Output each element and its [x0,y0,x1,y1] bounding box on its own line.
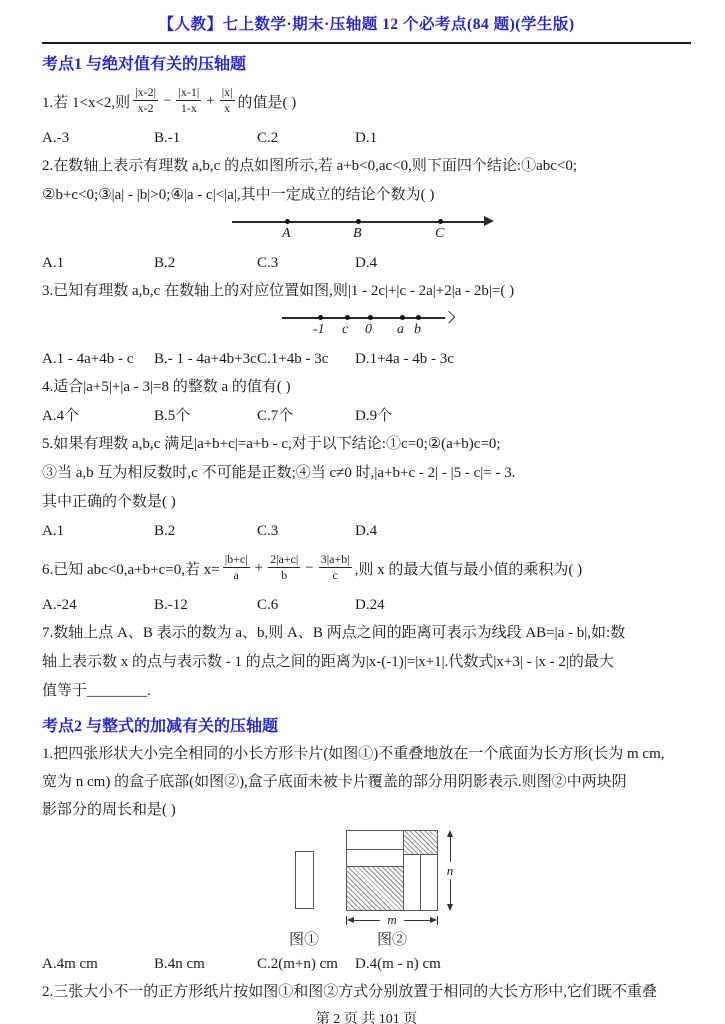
q1-option-a: A.-3 [42,124,154,152]
q2-option-d: D.4 [355,249,691,277]
q1-f2-numerator: |x-1| [176,85,201,100]
q4-option-a: A.4个 [42,402,154,430]
card-horizontal-1 [347,831,403,850]
q5-option-a: A.1 [42,517,154,545]
q2-statement-line1: 2.在数轴上表示有理数 a,b,c 的点如图所示,若 a+b<0,ac<0,则下… [42,152,691,181]
q4-statement: 4.适合|a+5|+|a - 3|=8 的整数 a 的值有( ) [42,373,691,402]
q6-f3-numerator: 3|a+b| [319,552,352,567]
q3-option-c: C.1+4b - 3c [257,345,355,373]
q6-fraction-1: |b+c|a [223,552,250,582]
page-number-footer: 第 2 页 共 101 页 [42,1009,691,1024]
q4-option-d: D.9个 [355,402,691,430]
q5-options: A.1 B.2 C.3 D.4 [42,517,691,545]
k2q2-statement-line1: 2.三张大小不一的正方形纸片按如图①和图②方式分别放置于相同的大长方形中,它们既… [42,978,691,1007]
dimension-m-arrow: m [346,914,438,926]
q3-axis-arrow-icon [443,311,456,324]
arrow-down-icon [447,904,453,911]
q6-options: A.-24 B.-12 C.6 D.24 [42,591,691,619]
q1-post-text: 的值是( ) [238,91,297,112]
q6-option-c: C.6 [257,591,355,619]
q5-statement-line3: 其中正确的个数是( ) [42,488,691,517]
q3-numberline-figure: -1 c 0 a b [282,308,454,345]
q3-label-a: a [397,321,404,339]
q6-f2-denominator: b [279,568,289,582]
q1-operator-2: + [206,93,214,110]
arrow-line-bottom [450,879,451,904]
q6-f2-numerator: 2|a+c| [268,552,300,567]
q1-statement: 1.若 1<x<2,则 |x-2|x-2 − |x-1|1-x + |x|x 的… [42,78,691,124]
q1-option-d: D.1 [355,124,691,152]
worksheet-page: 【人教】七上数学·期末·压轴题 12 个必考点(84 题)(学生版) 考点1 与… [0,0,725,1024]
q3-option-b: B.- 1 - 4a+4b+3c [154,345,257,373]
k2q1-option-c: C.2(m+n) cm [257,950,355,978]
q3-dot-neg1 [318,315,323,320]
q3-statement: 3.已知有理数 a,b,c 在数轴上的对应位置如图,则|1 - 2c|+|c -… [42,277,691,306]
q4-option-c: C.7个 [257,402,355,430]
k2q1-statement-line2: 宽为 n cm) 的盒子底部(如图②),盒子底面未被卡片覆盖的部分用阴影表示.则… [42,768,691,796]
q3-option-d: D.1+4a - 4b - 3c [355,345,691,373]
card-vertical-1 [404,855,421,910]
q3-label-c: c [342,321,348,339]
q7-statement-line3: 值等于________. [42,677,691,706]
box-bottom-figure2 [346,830,438,911]
q2-options: A.1 B.2 C.3 D.4 [42,249,691,277]
q2-point-c-dot [438,219,443,224]
q3-dot-c [345,315,350,320]
shaded-region-left [347,867,403,910]
q1-f2-denominator: 1-x [179,101,199,115]
q3-label-0: 0 [365,321,372,339]
figure1-column: 图① [289,851,319,950]
arrow-line-left [354,920,380,921]
q3-options: A.1 - 4a+4b - c B.- 1 - 4a+4b+3c C.1+4b … [42,345,691,373]
q1-f1-numerator: |x-2| [133,85,158,100]
section1-title: 考点1 与绝对值有关的压轴题 [42,52,691,78]
section2-title: 考点2 与整式的加减有关的压轴题 [42,714,691,740]
q6-pre-text: 6.已知 abc<0,a+b+c=0,若 x= [42,558,220,579]
card-horizontal-2 [347,850,403,867]
q6-option-d: D.24 [355,591,691,619]
k2q1-option-a: A.4m cm [42,950,154,978]
q5-option-b: B.2 [154,517,257,545]
header-divider [42,42,691,44]
q1-f1-denominator: x-2 [136,101,156,115]
q5-option-c: C.3 [257,517,355,545]
figure2-column: n m 图② [346,830,438,950]
q6-statement: 6.已知 abc<0,a+b+c=0,若 x= |b+c|a + 2|a+c|b… [42,545,691,591]
q3-label-neg1: -1 [313,321,325,339]
figure2-label: 图② [377,930,407,950]
k2q1-figure: 图① [289,830,691,950]
k2q1-statement-line1: 1.把四张形状大小完全相同的小长方形卡片(如图①)不重叠地放在一个底面为长方形(… [42,740,691,768]
figure2-right-region [404,831,437,910]
arrow-up-icon [447,830,453,837]
document-title: 【人教】七上数学·期末·压轴题 12 个必考点(84 题)(学生版) [42,14,691,36]
q5-statement-line1: 5.如果有理数 a,b,c 满足|a+b+c|=a+b - c,对于以下结论:①… [42,430,691,459]
q1-fraction-1: |x-2|x-2 [133,85,158,115]
figure2-left-region [347,831,404,910]
shaded-region-top-right [404,831,437,855]
q6-fraction-2: 2|a+c|b [268,552,300,582]
q1-fraction-3: |x|x [220,85,235,115]
k2q1-option-d: D.4(m - n) cm [355,950,691,978]
q2-option-c: C.3 [257,249,355,277]
arrow-line-top [450,837,451,862]
q6-f1-numerator: |b+c| [223,552,250,567]
q3-dot-0 [368,315,373,320]
q3-dot-b [416,315,421,320]
dimension-n-label: n [447,862,454,879]
q6-post-text: ,则 x 的最大值与最小值的乘积为( ) [355,558,583,579]
q5-option-d: D.4 [355,517,691,545]
q6-option-b: B.-12 [154,591,257,619]
k2q1-option-b: B.4n cm [154,950,257,978]
q6-operator-1: + [255,560,263,577]
q2-point-c-label: C [435,225,444,243]
vertical-cards-row [404,855,437,910]
q1-operator-1: − [163,93,171,110]
q6-f1-denominator: a [231,568,240,582]
arrow-left-icon [347,917,354,923]
q3-option-a: A.1 - 4a+4b - c [42,345,154,373]
arrow-line-right [404,920,430,921]
q2-point-a-dot [285,219,290,224]
q6-option-a: A.-24 [42,591,154,619]
q1-option-b: B.-1 [154,124,257,152]
k2q1-statement-line3: 影部分的周长和是( ) [42,796,691,824]
right-tick [437,916,438,925]
q3-dot-a [400,315,405,320]
q4-option-b: B.5个 [154,402,257,430]
q3-label-b: b [414,321,421,339]
figure2-box-wrap: n [346,830,438,911]
q2-point-a-label: A [282,225,291,243]
q1-options: A.-3 B.-1 C.2 D.1 [42,124,691,152]
q2-axis-arrow-icon [484,216,494,226]
q2-numberline-figure: A B C [232,212,494,249]
arrow-right-icon [430,917,437,923]
q6-f3-denominator: c [331,568,340,582]
q5-statement-line2: ③当 a,b 互为相反数时,c 不可能是正数;④当 c≠0 时,|a+b+c -… [42,459,691,488]
card-rectangle-figure1 [295,851,314,909]
q2-point-b-label: B [353,225,362,243]
figure1-label: 图① [289,930,319,950]
dimension-m-label: m [380,914,403,926]
q6-operator-2: − [305,560,313,577]
q2-statement-line2: ②b+c<0;③|a| - |b|>0;④|a - c|<|a|,其中一定成立的… [42,181,691,210]
q1-f3-numerator: |x| [220,85,235,100]
q6-fraction-3: 3|a+b|c [319,552,352,582]
dimension-n-arrow: n [445,830,455,911]
q7-statement-line2: 轴上表示数 x 的点与表示数 - 1 的点之间的距离为|x-(-1)|=|x+1… [42,648,691,677]
q7-statement-line1: 7.数轴上点 A、B 表示的数为 a、b,则 A、B 两点之间的距离可表示为线段… [42,619,691,648]
q1-fraction-2: |x-1|1-x [176,85,201,115]
q2-option-b: B.2 [154,249,257,277]
q1-option-c: C.2 [257,124,355,152]
q2-option-a: A.1 [42,249,154,277]
q1-f3-denominator: x [222,101,232,115]
k2q1-options: A.4m cm B.4n cm C.2(m+n) cm D.4(m - n) c… [42,950,691,978]
card-vertical-2 [421,855,437,910]
q4-options: A.4个 B.5个 C.7个 D.9个 [42,402,691,430]
q2-point-b-dot [356,219,361,224]
q1-pre-text: 1.若 1<x<2,则 [42,91,130,112]
